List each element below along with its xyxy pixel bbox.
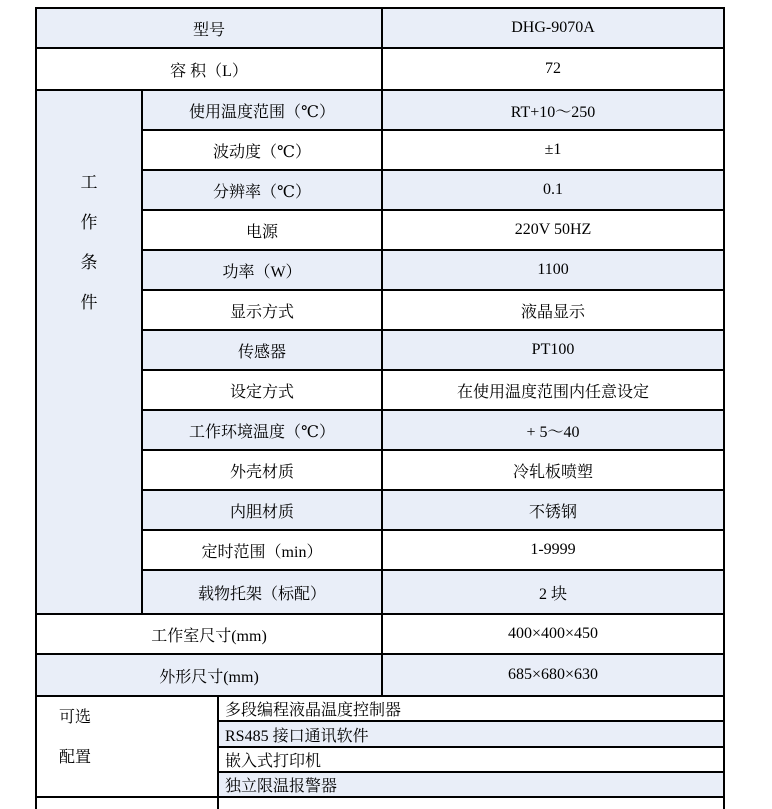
spec-table-main: 型号 DHG-9070A 容 积（L） 72 工 作 条 件 使用温度范围（℃） [35, 7, 725, 697]
rowgroup-char: 工 [37, 163, 141, 203]
spec-value-overall-size: 685×680×630 [382, 654, 724, 696]
rowgroup-char: 作 [37, 203, 141, 243]
option-item: 嵌入式打印机 [218, 747, 724, 772]
spec-value: 1100 [382, 250, 724, 290]
spec-label: 内胆材质 [142, 490, 382, 530]
option-row: 可选 配置 多段编程液晶温度控制器 [36, 696, 724, 721]
spec-label: 传感器 [142, 330, 382, 370]
option-row-partial [36, 797, 724, 809]
spec-value-model: DHG-9070A [382, 8, 724, 48]
rowgroup-work-conditions: 工 作 条 件 [36, 90, 142, 614]
spec-table-options: 可选 配置 多段编程液晶温度控制器 RS485 接口通讯软件 嵌入式打印机 独立… [35, 695, 725, 809]
spec-value: 液晶显示 [382, 290, 724, 330]
spec-row-volume: 容 积（L） 72 [36, 48, 724, 90]
rowgroup-char: 件 [37, 283, 141, 323]
optional-config-label: 配置 [59, 733, 217, 777]
spec-label: 电源 [142, 210, 382, 250]
spec-value-chamber-size: 400×400×450 [382, 614, 724, 654]
spec-value: PT100 [382, 330, 724, 370]
spec-label-overall-size: 外形尺寸(mm) [36, 654, 382, 696]
option-partial-label-cell [36, 797, 218, 809]
option-item: 独立限温报警器 [218, 772, 724, 797]
spec-value: + 5～40 [382, 410, 724, 450]
rowgroup-optional-config: 可选 配置 [36, 696, 218, 797]
spec-value: 冷轧板喷塑 [382, 450, 724, 490]
option-partial-item-cell [218, 797, 724, 809]
spec-label: 功率（W） [142, 250, 382, 290]
spec-label-volume: 容 积（L） [36, 48, 382, 90]
spec-row-chamber-size: 工作室尺寸(mm) 400×400×450 [36, 614, 724, 654]
spec-label: 使用温度范围（℃） [142, 90, 382, 130]
spec-row-overall-size: 外形尺寸(mm) 685×680×630 [36, 654, 724, 696]
spec-row-model: 型号 DHG-9070A [36, 8, 724, 48]
spec-label: 定时范围（min） [142, 530, 382, 570]
spec-tables-wrap: 型号 DHG-9070A 容 积（L） 72 工 作 条 件 使用温度范围（℃） [35, 7, 723, 809]
spec-label: 分辨率（℃） [142, 170, 382, 210]
spec-value: 在使用温度范围内任意设定 [382, 370, 724, 410]
spec-value: ±1 [382, 130, 724, 170]
spec-value: 220V 50HZ [382, 210, 724, 250]
optional-config-label: 可选 [59, 697, 217, 733]
spec-row-temp-range: 工 作 条 件 使用温度范围（℃） RT+10～250 [36, 90, 724, 130]
spec-value-volume: 72 [382, 48, 724, 90]
spec-value: 1-9999 [382, 530, 724, 570]
rowgroup-char: 条 [37, 243, 141, 283]
spec-label-model: 型号 [36, 8, 382, 48]
spec-label: 外壳材质 [142, 450, 382, 490]
spec-value: 不锈钢 [382, 490, 724, 530]
option-item: 多段编程液晶温度控制器 [218, 696, 724, 721]
option-item: RS485 接口通讯软件 [218, 721, 724, 747]
spec-label: 设定方式 [142, 370, 382, 410]
spec-value: 2 块 [382, 570, 724, 614]
spec-label: 显示方式 [142, 290, 382, 330]
spec-label: 波动度（℃） [142, 130, 382, 170]
spec-value: 0.1 [382, 170, 724, 210]
spec-label: 载物托架（标配） [142, 570, 382, 614]
spec-label-chamber-size: 工作室尺寸(mm) [36, 614, 382, 654]
spec-sheet-page: 型号 DHG-9070A 容 积（L） 72 工 作 条 件 使用温度范围（℃） [0, 0, 772, 809]
spec-value: RT+10～250 [382, 90, 724, 130]
spec-label: 工作环境温度（℃） [142, 410, 382, 450]
